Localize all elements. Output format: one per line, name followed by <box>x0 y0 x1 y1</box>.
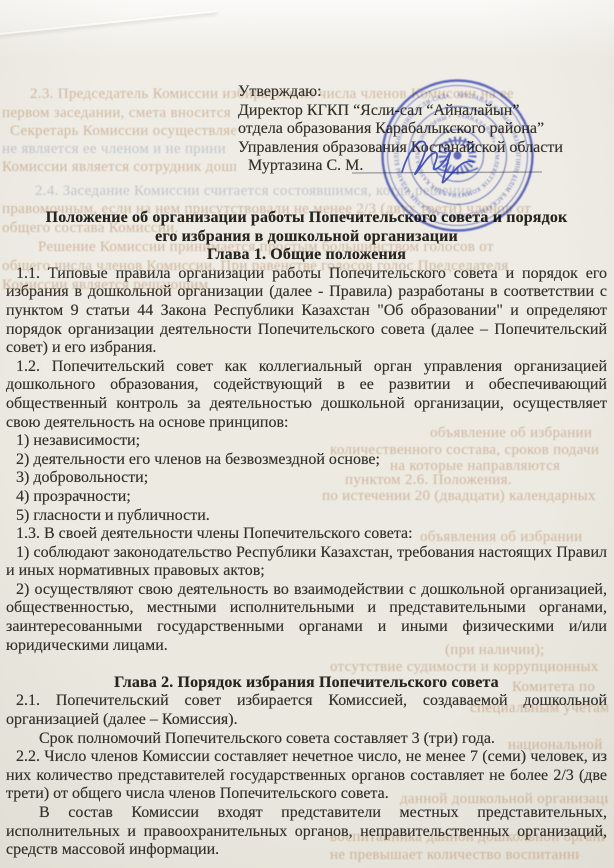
chapter-1-heading: Глава 1. Общие положения <box>6 246 607 265</box>
doc-paragraph <box>6 655 607 674</box>
ghost-bleedthrough-text: первом заседании, смета вносится <box>2 104 234 122</box>
document-body: Положение об организации работы Попечите… <box>6 209 607 860</box>
doc-paragraph: 2.2. Число членов Комиссии составляет не… <box>6 748 607 804</box>
signature <box>340 126 560 188</box>
doc-paragraph: 2) осуществляют свою деятельность во вза… <box>6 581 607 655</box>
doc-paragraph: 1) соблюдают законодательство Республики… <box>6 544 607 581</box>
ghost-bleedthrough-text: не является ее членом и не прини <box>2 140 234 158</box>
doc-paragraph: 4) прозрачности; <box>6 488 607 507</box>
ghost-bleedthrough-text: Секретарь Комиссии осуществляет <box>10 122 236 140</box>
doc-paragraph: 1.2. Попечительский совет как коллегиаль… <box>6 358 607 432</box>
doc-paragraph: 1.3. В своей деятельности члены Попечите… <box>6 525 607 544</box>
doc-paragraph: 2.1. Попечительский совет избирается Ком… <box>6 692 607 729</box>
signature-stroke <box>402 141 473 182</box>
document-page: 2.3. Председатель Комиссии избирается из… <box>0 0 614 868</box>
ghost-bleedthrough-text: Комиссии является сотрудник дошко <box>2 158 236 176</box>
doc-blocks: Глава 1. Общие положения1.1. Типовые пра… <box>6 246 607 860</box>
chapter-2-heading: Глава 2. Порядок избрания Попечительског… <box>6 674 607 693</box>
doc-paragraph: 2) деятельности его членов на безвозмезд… <box>6 451 607 470</box>
doc-paragraph: 1.1. Типовые правила организации работы … <box>6 265 607 358</box>
doc-paragraph: 1) независимости; <box>6 432 607 451</box>
doc-paragraph: 3) добровольности; <box>6 469 607 488</box>
doc-paragraph: В состав Комиссии входят представители м… <box>6 804 607 860</box>
doc-paragraph: 5) гласности и публичности. <box>6 507 607 526</box>
doc-paragraph: Срок полномочий Попечительского совета с… <box>6 730 607 749</box>
